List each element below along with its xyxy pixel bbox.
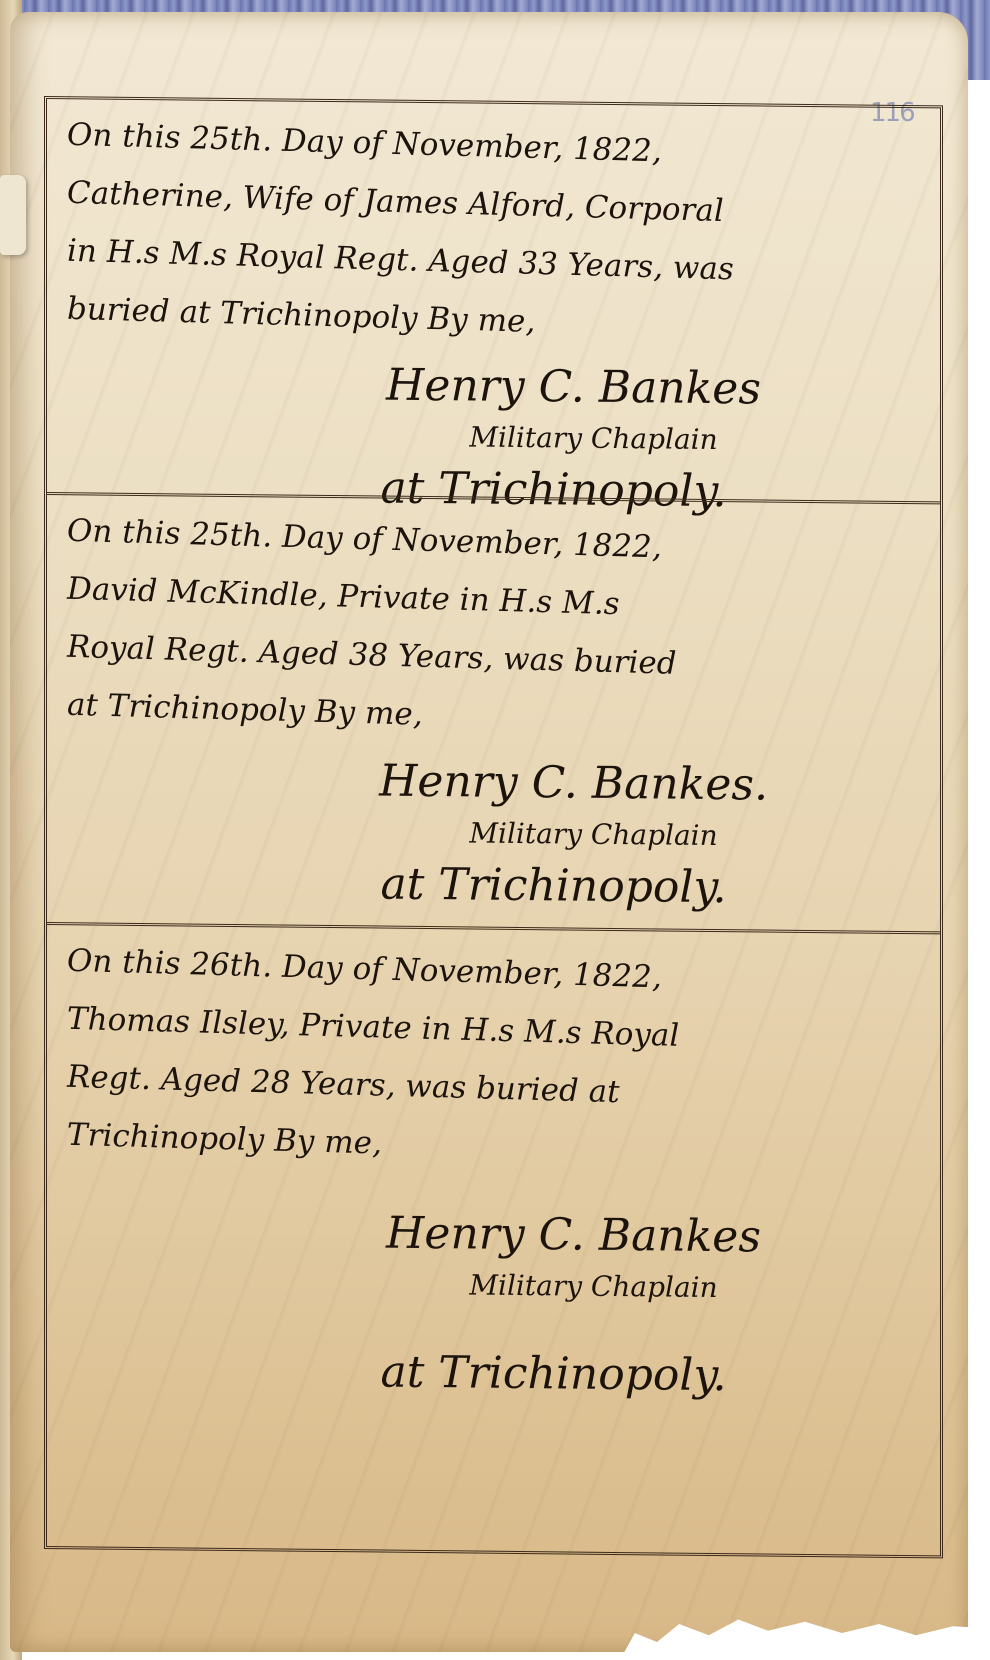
burial-entry: On this 25th. Day of November, 1822, Cat… bbox=[47, 99, 940, 501]
signature-title: Military Chaplain bbox=[67, 1259, 920, 1312]
entry-line: David McKindle, Private in H.s M.s bbox=[67, 571, 620, 622]
entry-line: at Trichinopoly By me, bbox=[67, 687, 423, 733]
entry-line: Trichinopoly By me, bbox=[67, 1117, 382, 1162]
entry-line: Thomas Ilsley, Private in H.s M.s Royal bbox=[67, 1001, 679, 1054]
entry-line: buried at Trichinopoly By me, bbox=[67, 291, 535, 340]
entry-text: On this 26th. Day of November, 1822, Tho… bbox=[67, 932, 920, 1188]
entry-line: Catherine, Wife of James Alford, Corpora… bbox=[67, 175, 724, 229]
entry-line: On this 25th. Day of November, 1822, bbox=[67, 117, 662, 170]
entry-line: Regt. Aged 28 Years, was buried at bbox=[67, 1059, 620, 1110]
burial-entry: On this 26th. Day of November, 1822, Tho… bbox=[47, 922, 940, 1555]
chaplain-signature: Henry C. Bankes. Military Chaplain at Tr… bbox=[67, 749, 920, 920]
signature-place: at Trichinopoly. bbox=[67, 1339, 920, 1408]
entry-line: in H.s M.s Royal Regt. Aged 33 Years, wa… bbox=[67, 233, 734, 288]
page-tab bbox=[0, 175, 26, 255]
signature-place: at Trichinopoly. bbox=[67, 851, 920, 920]
entry-line: On this 26th. Day of November, 1822, bbox=[67, 943, 662, 996]
signature-name: Henry C. Bankes. bbox=[67, 749, 920, 816]
signature-name: Henry C. Bankes bbox=[67, 353, 920, 420]
entry-line: Royal Regt. Aged 38 Years, was buried bbox=[67, 629, 677, 682]
entry-line: On this 25th. Day of November, 1822, bbox=[67, 513, 662, 566]
chaplain-signature: Henry C. Bankes Military Chaplain at Tri… bbox=[67, 1201, 920, 1408]
signature-name: Henry C. Bankes bbox=[67, 1201, 920, 1268]
entry-text: On this 25th. Day of November, 1822, Dav… bbox=[67, 502, 920, 758]
burial-entry: On this 25th. Day of November, 1822, Dav… bbox=[47, 492, 940, 931]
entry-text: On this 25th. Day of November, 1822, Cat… bbox=[67, 106, 920, 362]
register-frame: On this 25th. Day of November, 1822, Cat… bbox=[44, 96, 943, 1558]
